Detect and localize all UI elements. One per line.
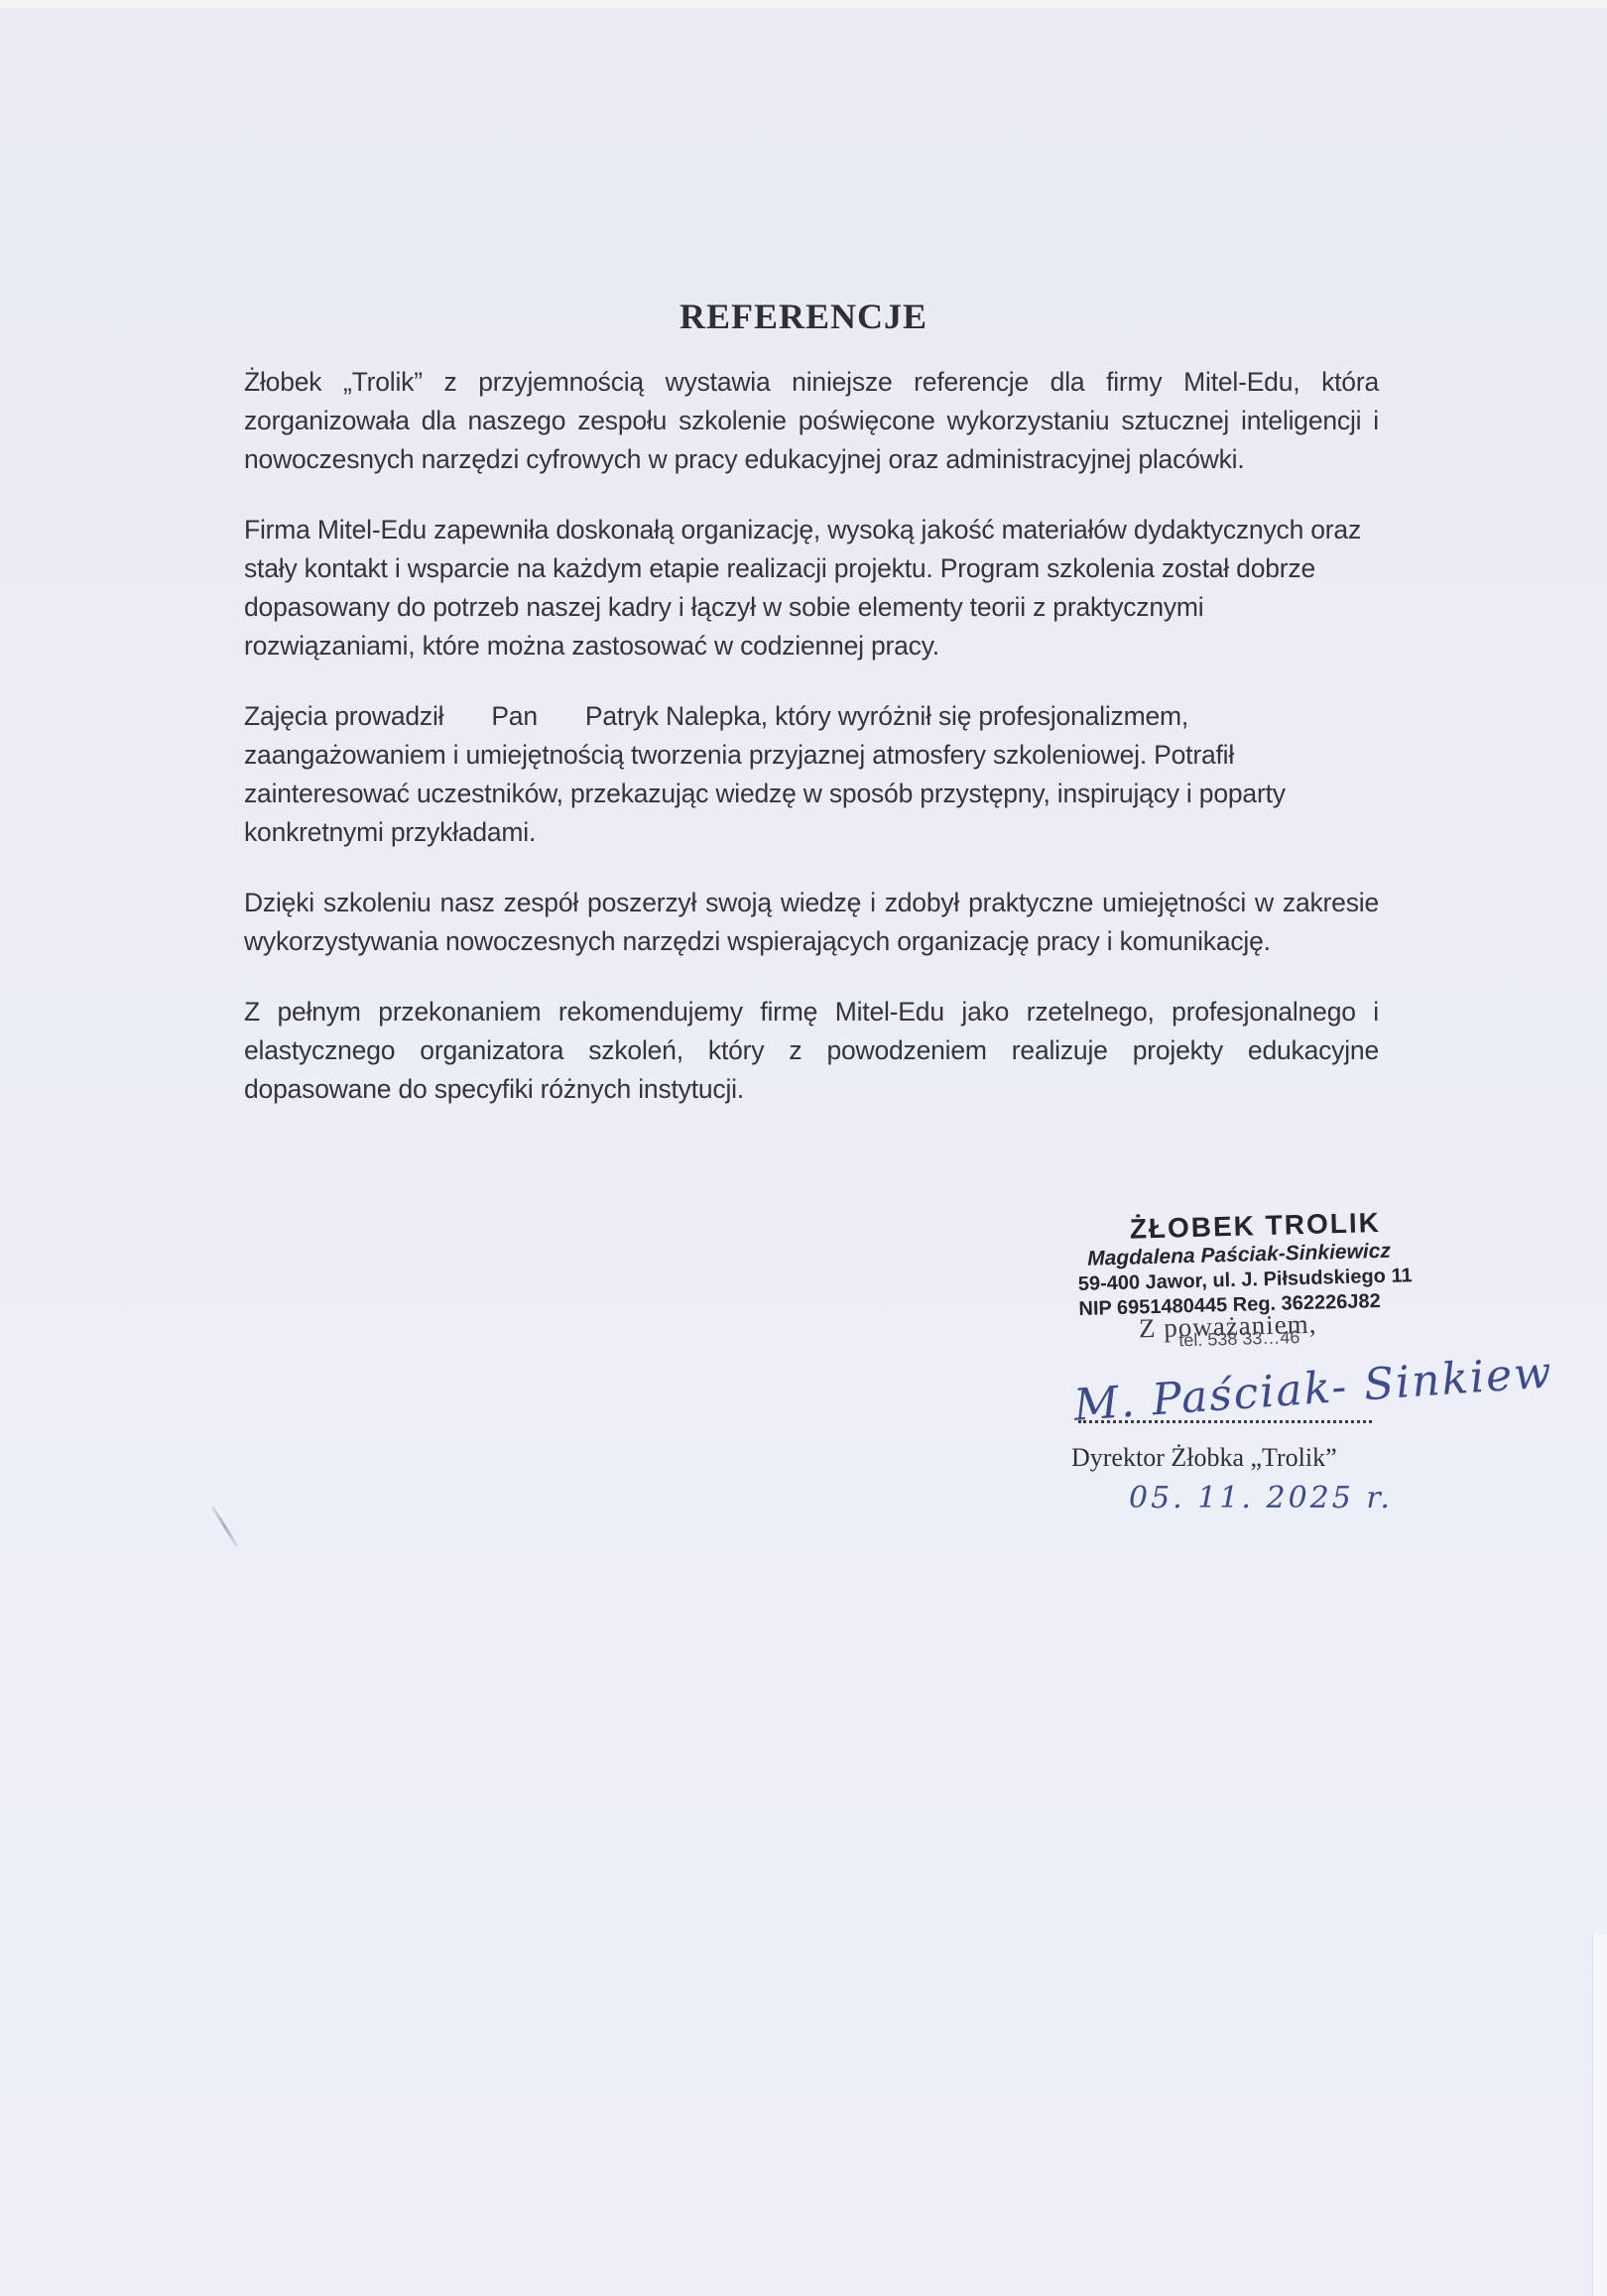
scan-artifact-mark bbox=[211, 1506, 239, 1547]
handwritten-date: 05. 11. 2025 r. bbox=[1129, 1481, 1393, 1515]
document-title: REFERENCJE bbox=[0, 296, 1607, 337]
signatory-role: Dyrektor Żłobka „Trolik” bbox=[1071, 1443, 1337, 1473]
company-stamp: ŻŁOBEK TROLIK Magdalena Paściak-Sinkiewi… bbox=[1076, 1206, 1418, 1365]
scan-top-edge bbox=[0, 0, 1607, 8]
trainer-title-text: Pan bbox=[491, 701, 538, 731]
paragraph-recommendation: Z pełnym przekonaniem rekomendujemy firm… bbox=[244, 993, 1379, 1109]
paragraph-intro: Żłobek „Trolik” z przyjemnością wystawia… bbox=[244, 363, 1379, 479]
paragraph-outcome: Dzięki szkoleniu nasz zespół poszerzył s… bbox=[244, 884, 1379, 961]
trainer-intro-text: Zajęcia prowadził bbox=[244, 701, 443, 731]
scan-right-edge bbox=[1592, 1934, 1607, 2296]
paragraph-organization: Firma Mitel-Edu zapewniła doskonałą orga… bbox=[244, 511, 1379, 665]
signature-dotted-line bbox=[1078, 1420, 1372, 1423]
document-page: REFERENCJE Żłobek „Trolik” z przyjemnośc… bbox=[0, 0, 1607, 2296]
document-body: Żłobek „Trolik” z przyjemnością wystawia… bbox=[244, 363, 1379, 1141]
paragraph-trainer: Zajęcia prowadziłPanPatryk Nalepka, któr… bbox=[244, 697, 1379, 852]
stamp-phone: tel. 538 33…46 bbox=[1178, 1327, 1300, 1351]
